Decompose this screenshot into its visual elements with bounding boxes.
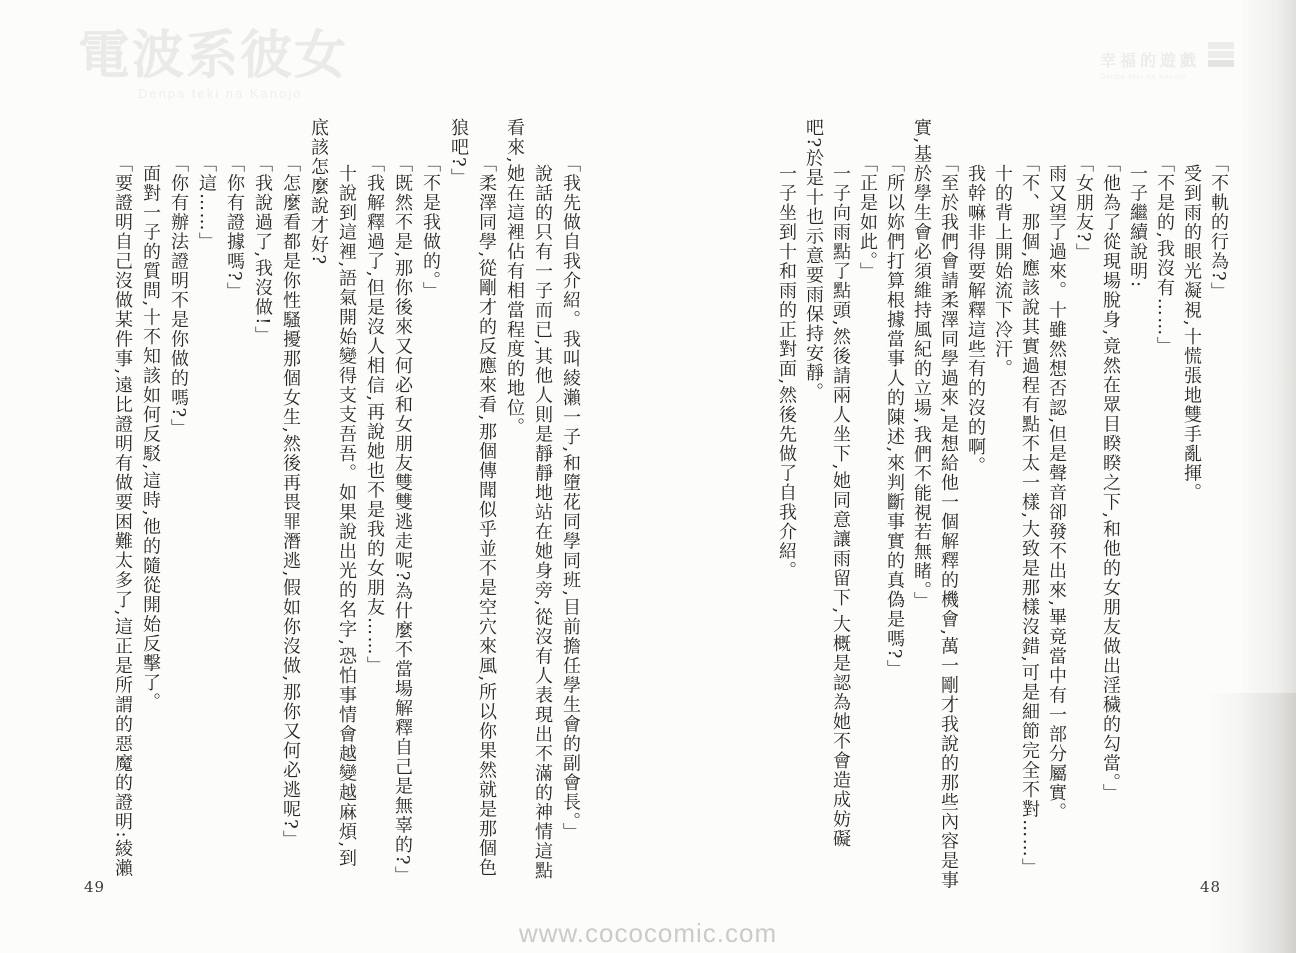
book-title-romaji: Denpa teki na Kanojo: [138, 86, 348, 101]
stamp-mark: [1208, 42, 1234, 49]
text-line: 看來,她在這裡佔有相當程度的地位。: [500, 118, 528, 888]
text-line: 說話的只有一子而已,其他人則是靜靜地站在她身旁,從沒有人表現出不滿的神情這點: [528, 164, 556, 888]
text-line: 底該怎麼說才好?: [304, 118, 332, 888]
text-line: 「正是如此。」: [854, 154, 881, 888]
page-number-left: 49: [84, 878, 105, 896]
text-line: 「不、那個,應該說其實過程有點不太一樣,大致是那樣沒錯,可是細節完全不對……」: [1016, 154, 1043, 888]
stamp-mark: [1208, 60, 1234, 67]
text-line: 「這……」: [192, 154, 220, 888]
text-line: 我幹嘛非得要解釋這些有的沒的啊。: [962, 164, 989, 888]
page-48-text-block: 「不軌的行為?」受到雨的眼光凝視,十慌張地雙手亂揮。「不是的,我沒有……」一子繼…: [773, 118, 1232, 888]
book-title: 電波系彼女: [78, 30, 348, 82]
text-line: 「你有辦法證明不是你做的嗎?」: [164, 154, 192, 888]
book-logo: 電波系彼女 Denpa teki na Kanojo: [78, 30, 348, 101]
text-line: 受到雨的眼光凝視,十慌張地雙手亂揮。: [1178, 164, 1205, 888]
text-line: 「我先做自我介紹。我叫綾瀨一子,和墮花同學同班,目前擔任學生會的副會長。」: [556, 154, 584, 888]
text-line: 「既然不是,那你後來又何必和女朋友雙雙逃走呢?為什麼不當場解釋自己是無辜的?」: [388, 154, 416, 888]
text-line: 「我解釋過了,但是沒人相信,再說她也不是我的女朋友……」: [360, 154, 388, 888]
text-line: 「不是我做的。」: [416, 154, 444, 888]
text-line: 「柔澤同學,從剛才的反應來看,那個傳聞似乎並不是空穴來風,所以你果然就是那個色: [472, 154, 500, 888]
text-line: 十的背上開始流下冷汗。: [989, 164, 1016, 888]
text-line: 吧?於是十也示意要雨保持安靜。: [800, 118, 827, 888]
scan-edge-shading: [1240, 0, 1296, 953]
publisher-stamp-marks: [1208, 42, 1234, 67]
text-line: 一子繼續說明:: [1124, 164, 1151, 888]
text-line: 「不是的,我沒有……」: [1151, 154, 1178, 888]
text-line: 「女朋友?」: [1070, 154, 1097, 888]
stamp-mark: [1208, 51, 1234, 58]
text-line: 十說到這裡,語氣開始變得支支吾吾。如果說出光的名字,恐怕事情會越變越麻煩,到: [332, 164, 360, 888]
text-line: 「怎麼看都是你性騷擾那個女生,然後再畏罪潛逃,假如你沒做,那你又何必逃呢?」: [276, 154, 304, 888]
page-49-text-block: 「我先做自我介紹。我叫綾瀨一子,和墮花同學同班,目前擔任學生會的副會長。」說話的…: [108, 118, 584, 888]
text-line: 「你有證據嗎?」: [220, 154, 248, 888]
page-number-right: 48: [1200, 878, 1221, 896]
text-line: 「我說過了,我沒做!」: [248, 154, 276, 888]
text-line: 一子向雨點了點頭,然後請兩人坐下,她同意讓雨留下,大概是認為她不會造成妨礙: [827, 164, 854, 888]
text-line: 狼吧?」: [444, 118, 472, 888]
text-line: 實,基於學生會必須維持風紀的立場,我們不能視若無睹。」: [908, 118, 935, 888]
watermark-url: www.cococomic.com: [0, 918, 1296, 949]
text-line: 一子坐到十和雨的正對面,然後先做了自我介紹。: [773, 164, 800, 888]
text-line: 「不軌的行為?」: [1205, 154, 1232, 888]
text-line: 「要證明自己沒做某件事,遠比證明有做要困難太多了,這正是所謂的惡魔的證明:綾瀨: [108, 154, 136, 888]
chapter-header: 幸福的遊戲 Denpa teki na Kanojo: [1100, 48, 1200, 81]
chapter-title: 幸福的遊戲: [1100, 48, 1200, 71]
text-line: 面對一子的質問,十不知該如何反駁,這時,他的隨從開始反擊了。: [136, 164, 164, 888]
text-line: 「他為了從現場脫身,竟然在眾目睽睽之下,和他的女朋友做出淫穢的勾當。」: [1097, 154, 1124, 888]
chapter-title-romaji: Denpa teki na Kanojo: [1100, 74, 1200, 81]
text-line: 「所以妳們打算根據當事人的陳述,來判斷事實的真偽是嗎?」: [881, 154, 908, 888]
text-line: 雨又望了過來。十雖然想否認,但是聲音卻發不出來,畢竟當中有一部分屬實。: [1043, 164, 1070, 888]
text-line: 「至於我們會請柔澤同學過來,是想給他一個解釋的機會,萬一剛才我說的那些內容是事: [935, 154, 962, 888]
